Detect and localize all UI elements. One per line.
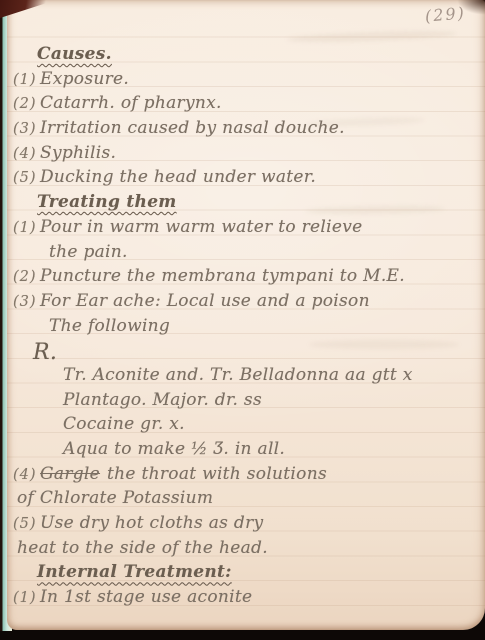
manuscript-line: Internal Treatment: — [7, 562, 483, 587]
manuscript-lines: Causes.(1)Exposure.(2)Catarrh. of pharyn… — [7, 44, 483, 612]
manuscript-line: R. — [7, 340, 483, 365]
manuscript-line: heat to the side of the head. — [7, 538, 483, 563]
line-text: Aqua to make ½ Ʒ. in all. — [63, 439, 285, 459]
line-text: Irritation caused by nasal douche. — [40, 118, 345, 138]
line-text: Puncture the membrana tympani to M.E. — [40, 266, 405, 286]
line-text: Plantago. Major. dr. ss — [63, 390, 262, 410]
manuscript-line: (5)Use dry hot cloths as dry — [7, 513, 483, 538]
line-text: heat to the side of the head. — [17, 538, 268, 558]
line-number: (1) — [13, 220, 40, 236]
line-text: Internal Treatment: — [37, 562, 232, 582]
line-text: Treating them — [37, 192, 177, 212]
manuscript-line: (3)Irritation caused by nasal douche. — [7, 118, 483, 143]
manuscript-line: (4)Syphilis. — [7, 143, 483, 168]
manuscript-line: Causes. — [7, 44, 483, 69]
manuscript-line: (1)In 1st stage use aconite — [7, 587, 483, 612]
manuscript-line: Tr. Aconite and. Tr. Belladonna aa gtt x — [7, 365, 483, 390]
notebook-photo: (29) Causes.(1)Exposure.(2)Catarrh. of p… — [0, 0, 485, 640]
manuscript-line: Treating them — [7, 192, 483, 217]
manuscript-line: (1)Exposure. — [7, 69, 483, 94]
manuscript-line: the pain. — [7, 242, 483, 267]
manuscript-line: of Chlorate Potassium — [7, 488, 483, 513]
line-text: Syphilis. — [40, 143, 116, 163]
manuscript-line: Plantago. Major. dr. ss — [7, 390, 483, 415]
notebook-page: (29) Causes.(1)Exposure.(2)Catarrh. of p… — [7, 0, 485, 630]
binding-corner-top-right — [457, 0, 485, 15]
line-text: Ducking the head under water. — [40, 167, 316, 187]
line-number: (1) — [13, 590, 40, 606]
bleed-through-smudge — [287, 29, 457, 44]
line-text: In 1st stage use aconite — [40, 587, 252, 607]
manuscript-line: (3)For Ear ache: Local use and a poison — [7, 291, 483, 316]
line-number: (2) — [13, 96, 40, 112]
line-number: (4) — [13, 467, 40, 483]
line-text: Cocaine gr. x. — [63, 414, 185, 434]
manuscript-line: (4)Garglethe throat with solutions — [7, 464, 483, 489]
line-text: Tr. Aconite and. Tr. Belladonna aa gtt x — [63, 365, 413, 385]
line-text: the throat with solutions — [107, 464, 327, 484]
manuscript-line: Cocaine gr. x. — [7, 414, 483, 439]
manuscript-line: (2)Catarrh. of pharynx. — [7, 93, 483, 118]
manuscript-line: (2)Puncture the membrana tympani to M.E. — [7, 266, 483, 291]
line-text: The following — [49, 316, 170, 336]
line-number: (2) — [13, 269, 40, 285]
line-text: the pain. — [49, 242, 128, 262]
struck-word: Gargle — [40, 464, 100, 484]
line-text: Causes. — [37, 44, 112, 64]
line-number: (3) — [13, 121, 40, 137]
manuscript-line: (1)Pour in warm warm water to relieve — [7, 217, 483, 242]
line-number: (4) — [13, 146, 40, 162]
line-text: R. — [33, 340, 57, 365]
line-text: Use dry hot cloths as dry — [40, 513, 263, 533]
line-number: (1) — [13, 72, 40, 88]
line-number: (5) — [13, 170, 40, 186]
manuscript-line: (5)Ducking the head under water. — [7, 167, 483, 192]
line-text: Catarrh. of pharynx. — [40, 93, 222, 113]
line-text: of Chlorate Potassium — [17, 488, 213, 508]
manuscript-line: Aqua to make ½ Ʒ. in all. — [7, 439, 483, 464]
line-number: (3) — [13, 294, 40, 310]
line-text: For Ear ache: Local use and a poison — [40, 291, 370, 311]
line-number: (5) — [13, 516, 40, 532]
manuscript-line: The following — [7, 316, 483, 341]
line-text: Exposure. — [40, 69, 129, 89]
line-text: Pour in warm warm water to relieve — [40, 217, 363, 237]
